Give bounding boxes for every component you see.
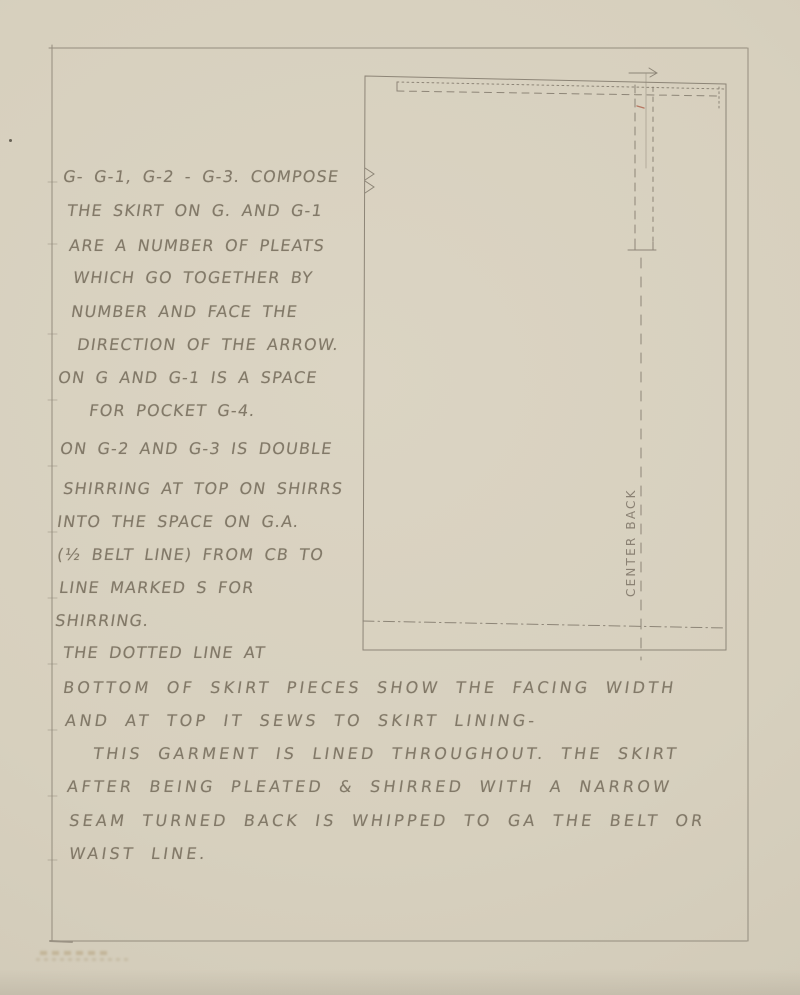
handwritten-line: THIS GARMENT IS LINED THROUGHOUT. THE SK… (92, 744, 680, 763)
red-mark (637, 106, 644, 108)
pattern-outline (363, 76, 726, 650)
handwritten-line: WHICH GO TOGETHER BY (72, 268, 314, 287)
handwritten-line: THE DOTTED LINE AT (62, 643, 267, 662)
handwritten-line: ARE A NUMBER OF PLEATS (68, 236, 326, 255)
handwritten-line: INTO THE SPACE ON G.A. (56, 512, 301, 531)
seam-dashed-line (397, 91, 719, 96)
handwritten-line: SHIRRING. (54, 611, 151, 630)
handwritten-line: ON G AND G-1 IS A SPACE (57, 368, 319, 387)
faint-stamp (36, 951, 136, 963)
pleat-foot (628, 242, 656, 250)
grainline-arrow-icon (629, 68, 657, 77)
center-back-label: CENTER BACK (624, 488, 638, 597)
handwritten-line: G- G-1, G-2 - G-3. COMPOSE (62, 167, 341, 186)
paper-speck (9, 139, 12, 142)
handwritten-line: (½ BELT LINE) FROM CB TO (56, 545, 325, 564)
faint-stamp-mark (40, 951, 110, 955)
handwritten-line: ON G-2 AND G-3 IS DOUBLE (59, 439, 334, 458)
handwritten-line: THE SKIRT ON G. AND G-1 (66, 201, 324, 220)
pleat-fold-lines (635, 74, 653, 243)
handwritten-line: WAIST LINE. (68, 844, 209, 863)
handwritten-line: DIRECTION OF THE ARROW. (76, 335, 341, 354)
handwritten-line: LINE MARKED S FOR (58, 578, 256, 597)
handwritten-line: AND AT TOP IT SEWS TO SKIRT LINING- (64, 711, 539, 730)
handwritten-line: BOTTOM OF SKIRT PIECES SHOW THE FACING W… (62, 678, 678, 697)
handwritten-line: NUMBER AND FACE THE (70, 302, 299, 321)
facing-dashdot-line (363, 621, 726, 628)
handwritten-line: AFTER BEING PLEATED & SHIRRED WITH A NAR… (66, 777, 673, 796)
handwritten-line: SHIRRING AT TOP ON SHIRRS (62, 479, 345, 498)
handwritten-line: FOR POCKET G-4. (88, 401, 257, 420)
handwritten-line: SEAM TURNED BACK IS WHIPPED TO GA THE BE… (68, 811, 707, 830)
notch-marks (365, 168, 374, 193)
scanned-page: CENTER BACK G- G-1, G-2 - G-3. COMPOSE T… (0, 0, 800, 995)
faint-stamp-mark (36, 958, 132, 961)
